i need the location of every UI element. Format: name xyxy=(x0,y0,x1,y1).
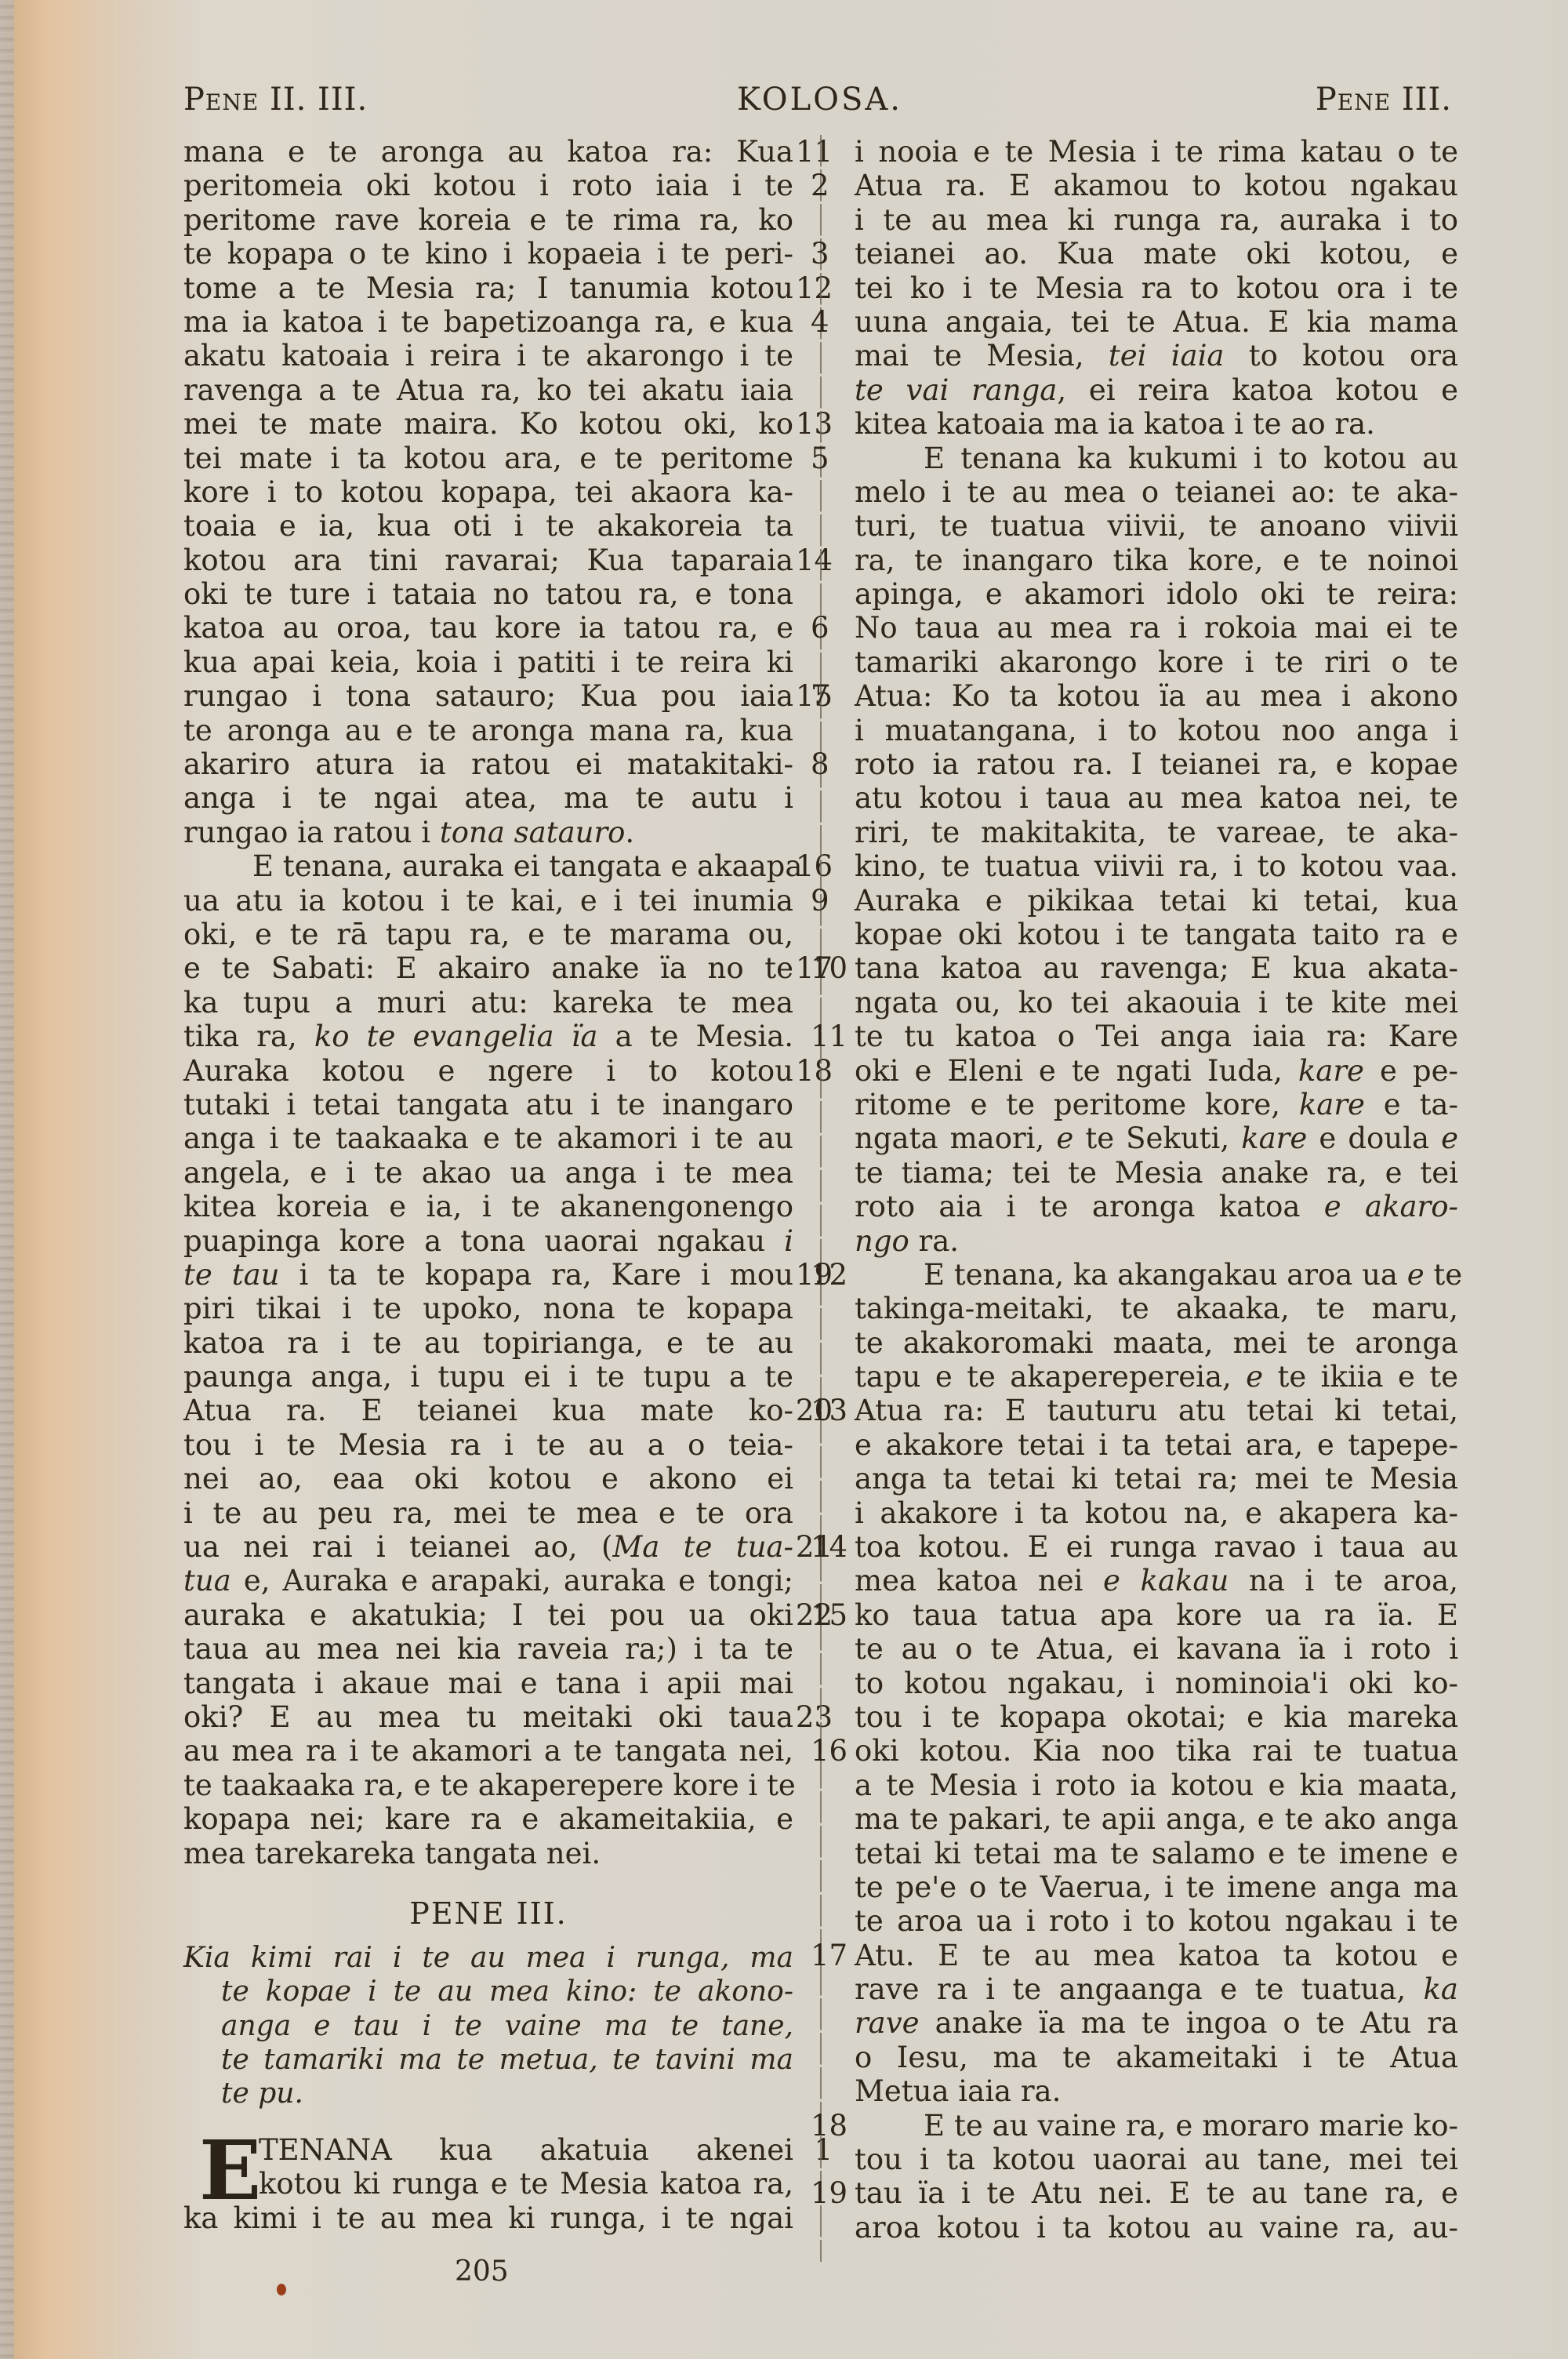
text-line: melo i te au mea o teianei ao: te aka- xyxy=(855,475,1458,509)
left-column-text: mana e te aronga au katoa ra: Kua11perit… xyxy=(183,135,793,1870)
text-line: aroa kotou i ta kotou au vaine ra, au- xyxy=(855,2211,1458,2245)
chapter-heading: PENE III. xyxy=(183,1886,793,1941)
text-line: oki? E au mea tu meitaki oki taua23 xyxy=(183,1700,793,1734)
text-line: kino, te tuatua viivii ra, i to kotou va… xyxy=(855,849,1458,883)
text-line: ma te pakari, te apii anga, e te ako ang… xyxy=(855,1802,1458,1836)
verse-number: 16 xyxy=(796,849,833,883)
text-line: ngata maori, e te Sekuti, kare e doula e xyxy=(855,1121,1458,1155)
text-line: tou i te kopapa okotai; e kia mareka xyxy=(855,1700,1458,1734)
verse-number: 11 xyxy=(796,135,833,169)
text-line: Atua ra. E akamou to kotou ngakau2 xyxy=(855,169,1458,202)
text-line: te aroa ua i roto i to kotou ngakau i te xyxy=(855,1904,1458,1938)
text-line: No taua au mea ra i rokoia mai ei te6 xyxy=(855,611,1458,645)
text-line: e te Sabati: E akairo anake ïa no te17 xyxy=(183,951,793,985)
text-line: akatu katoaia i reira i te akarongo i te xyxy=(183,339,793,373)
previous-page-edge xyxy=(0,0,14,2359)
text-line: Atu. E te au mea katoa ta kotou e17 xyxy=(855,1939,1458,1972)
text-line: ka kimi i te au mea ki runga, i te ngai xyxy=(183,2201,793,2235)
text-line: kitea koreia e ia, i te akanengonengo xyxy=(183,1190,793,1223)
text-line: tetai ki tetai ma te salamo e te imene e xyxy=(855,1837,1458,1870)
text-line: e akakore tetai i ta tetai ara, e tapepe… xyxy=(855,1428,1458,1462)
text-line: ma ia katoa i te bapetizoanga ra, e kua xyxy=(183,305,793,339)
page-number: 205 xyxy=(455,2255,509,2288)
text-line: oki te ture i tataia no tatou ra, e tona xyxy=(183,577,793,611)
text-line: katoa ra i te au topirianga, e te au xyxy=(183,1326,793,1360)
text-line: puapinga kore a tona uaorai ngakau i xyxy=(183,1224,793,1258)
text-line: Atua ra: E tauturu atu tetai ki tetai,13 xyxy=(855,1394,1458,1427)
text-line: Metua iaia ra. xyxy=(855,2074,1458,2108)
text-line: tau ïa i te Atu nei. E te au tane ra, e1… xyxy=(855,2176,1458,2210)
text-line: te vai ranga, ei reira katoa kotou e xyxy=(855,373,1458,407)
text-line: apinga, e akamori idolo oki te reira: xyxy=(855,577,1458,611)
text-line: rave anake ïa ma te ingoa o te Atu ra xyxy=(855,2006,1458,2040)
text-line: anga ta tetai ki tetai ra; mei te Mesia xyxy=(855,1462,1458,1496)
text-line: ko taua tatua apa kore ua ra ïa. E15 xyxy=(855,1598,1458,1632)
text-line: tua e, Auraka e arapaki, auraka e tongi; xyxy=(183,1564,793,1598)
verse-number: 17 xyxy=(811,1939,848,1972)
text-line: E tenana, auraka ei tangata e akaapa16 xyxy=(183,849,793,883)
verse-number: 18 xyxy=(811,2109,848,2143)
right-column-text: i nooia e te Mesia i te rima katau o teA… xyxy=(855,135,1458,2245)
text-line: ua atu ia kotou i te kai, e i tei inumia xyxy=(183,884,793,918)
text-line: atu kotou i taua au mea katoa nei, te xyxy=(855,781,1458,815)
text-line: tika ra, ko te evangelia ïa a te Mesia. xyxy=(183,1020,793,1053)
verse-number: 6 xyxy=(811,611,829,645)
text-line: tou i te Mesia ra i te au a o teia- xyxy=(183,1428,793,1462)
text-line: nei ao, eaa oki kotou e akono ei xyxy=(183,1462,793,1496)
text-line: te pe'e o te Vaerua, i te imene anga ma xyxy=(855,1870,1458,1904)
text-line: te au o te Atua, ei kavana ïa i roto i xyxy=(855,1632,1458,1666)
text-line: kua apai keia, koia i patiti i te reira … xyxy=(183,645,793,679)
text-line: paunga anga, i tupu ei i te tupu a te xyxy=(183,1360,793,1394)
text-line: te kopapa o te kino i kopaeia i te peri- xyxy=(183,237,793,271)
text-line: i akakore i ta kotou na, e akapera ka- xyxy=(855,1496,1458,1530)
summary-line: te kopae i te au mea kino: te akono- xyxy=(183,1975,793,2008)
verse-number: 14 xyxy=(811,1530,848,1564)
text-line: tapu e te akaperepereia, e te ikiia e te xyxy=(855,1360,1458,1394)
text-line: angela, e i te akao ua anga i te mea xyxy=(183,1156,793,1190)
text-line: peritome rave koreia e te rima ra, ko xyxy=(183,203,793,237)
text-line: tamariki akarongo kore i te riri o te xyxy=(855,645,1458,679)
text-line: katoa au oroa, tau kore ia tatou ra, e xyxy=(183,611,793,645)
text-line: takinga-meitaki, te akaaka, te maru, xyxy=(855,1292,1458,1325)
text-line: ngo ra. xyxy=(855,1224,1458,1258)
text-line: te tiama; tei te Mesia anake ra, e tei xyxy=(855,1156,1458,1190)
text-line: mana e te aronga au katoa ra: Kua11 xyxy=(183,135,793,169)
text-line: i muatangana, i to kotou noo anga i xyxy=(855,714,1458,747)
chapter-opening: E TENANA kua akatuia akenei1kotou ki run… xyxy=(183,2133,793,2235)
text-line: mei te mate maira. Ko kotou oki, ko13 xyxy=(183,407,793,441)
text-line: i nooia e te Mesia i te rima katau o te xyxy=(855,135,1458,169)
text-line: riri, te makitakita, te vareae, te aka- xyxy=(855,816,1458,849)
summary-line: te pu. xyxy=(183,2077,793,2110)
text-line: ravenga a te Atua ra, ko tei akatu iaia xyxy=(183,373,793,407)
text-line: TENANA kua akatuia akenei1 xyxy=(183,2133,793,2167)
text-line: piri tikai i te upoko, nona te kopapa xyxy=(183,1292,793,1325)
text-line: tei ko i te Mesia ra to kotou ora i te xyxy=(855,271,1458,305)
right-column: i nooia e te Mesia i te rima katau o teA… xyxy=(855,135,1458,2245)
text-line: te akakoromaki maata, mei te aronga xyxy=(855,1326,1458,1360)
text-line: E tenana ka kukumi i to kotou au5 xyxy=(855,442,1458,475)
text-line: oki kotou. Kia noo tika rai te tuatua16 xyxy=(855,1734,1458,1768)
text-line: turi, te tuatua viivii, te anoano viivii xyxy=(855,509,1458,543)
text-line: toaia e ia, kua oti i te akakoreia ta xyxy=(183,509,793,543)
text-line: oki e Eleni e te ngati Iuda, kare e pe- xyxy=(855,1054,1458,1088)
text-line: tutaki i tetai tangata atu i te inangaro xyxy=(183,1088,793,1121)
verse-number: 13 xyxy=(811,1394,848,1427)
text-line: kotou ara tini ravarai; Kua taparaia14 xyxy=(183,543,793,577)
ink-spot xyxy=(277,2284,286,2295)
text-line: te tu katoa o Tei anga iaia ra: Kare11 xyxy=(855,1020,1458,1053)
verse-number: 15 xyxy=(811,1598,848,1632)
text-line: mai te Mesia, tei iaia to kotou ora xyxy=(855,339,1458,373)
text-line: toa kotou. E ei runga ravao i taua au14 xyxy=(855,1530,1458,1564)
text-line: rave ra i te angaanga e te tuatua, ka xyxy=(855,1972,1458,2006)
verse-number: 12 xyxy=(796,271,833,305)
text-line: tome a te Mesia ra; I tanumia kotou12 xyxy=(183,271,793,305)
text-line: kore i to kotou kopapa, tei akaora ka- xyxy=(183,475,793,509)
text-line: ra, te inangaro tika kore, e te noinoi xyxy=(855,543,1458,577)
text-line: ua nei rai i teianei ao, (Ma te tua-21 xyxy=(183,1530,793,1564)
text-line: roto ia ratou ra. I teianei ra, e kopae8 xyxy=(855,747,1458,781)
text-line: rungao i tona satauro; Kua pou iaia15 xyxy=(183,679,793,713)
text-line: taua au mea nei kia raveia ra;) i ta te xyxy=(183,1632,793,1666)
text-line: mea katoa nei e kakau na i te aroa, xyxy=(855,1564,1458,1598)
text-line: ngata ou, ko tei akaouia i te kite mei xyxy=(855,986,1458,1020)
text-line: au mea ra i te akamori a te tangata nei, xyxy=(183,1734,793,1768)
verse-number: 11 xyxy=(811,1020,848,1053)
book-page: Pene II. III. KOLOSA. Pene III. mana e t… xyxy=(0,0,1568,2359)
text-line: Auraka e pikikaa tetai ki tetai, kua9 xyxy=(855,884,1458,918)
text-line: tei mate i ta kotou ara, e te peritome xyxy=(183,442,793,475)
text-line: rungao ia ratou i tona satauro. xyxy=(183,816,793,849)
text-line: uuna angaia, tei te Atua. E kia mama4 xyxy=(855,305,1458,339)
chapter-summary: Kia kimi rai i te au mea i runga, mate k… xyxy=(183,1941,793,2111)
running-head-left: Pene II. III. xyxy=(183,82,368,118)
text-line: tangata i akaue mai e tana i apii mai xyxy=(183,1667,793,1700)
verse-number: 5 xyxy=(811,442,829,475)
verse-number: 8 xyxy=(811,747,829,781)
text-line: peritomeia oki kotou i roto iaia i te xyxy=(183,169,793,202)
text-line: oki, e te rā tapu ra, e te marama ou, xyxy=(183,918,793,951)
text-line: te tau i ta te kopapa ra, Kare i mou19 xyxy=(183,1258,793,1292)
text-line: tou i ta kotou uaorai au tane, mei tei xyxy=(855,2143,1458,2176)
text-line: kotou ki runga e te Mesia katoa ra, xyxy=(183,2167,793,2201)
summary-line: Kia kimi rai i te au mea i runga, ma xyxy=(183,1941,793,1975)
text-line: kitea katoaia ma ia katoa i te ao ra. xyxy=(855,407,1458,441)
text-line: akariro atura ia ratou ei matakitaki- xyxy=(183,747,793,781)
verse-number: 7 xyxy=(811,679,829,713)
verse-number: 18 xyxy=(796,1054,833,1088)
summary-line: te tamariki ma te metua, te tavini ma xyxy=(183,2043,793,2077)
verse-number: 4 xyxy=(811,305,829,339)
text-line: Atua: Ko ta kotou ïa au mea i akono7 xyxy=(855,679,1458,713)
text-line: teianei ao. Kua mate oki kotou, e3 xyxy=(855,237,1458,271)
verse-number: 9 xyxy=(811,884,829,918)
left-column: mana e te aronga au katoa ra: Kua11perit… xyxy=(183,135,793,2235)
text-line: roto aia i te aronga katoa e akaro- xyxy=(855,1190,1458,1223)
text-line: o Iesu, ma te akameitaki i te Atua xyxy=(855,2041,1458,2074)
text-line: anga i te taakaaka e te akamori i te au xyxy=(183,1121,793,1155)
text-line: kopae oki kotou i te tangata taito ra e xyxy=(855,918,1458,951)
summary-line: anga e tau i te vaine ma te tane, xyxy=(183,2009,793,2043)
text-line: te aronga au e te aronga mana ra, kua xyxy=(183,714,793,747)
verse-number: 23 xyxy=(796,1700,833,1734)
text-line: anga i te ngai atea, ma te autu i xyxy=(183,781,793,815)
text-line: Atua ra. E teianei kua mate ko-20 xyxy=(183,1394,793,1427)
text-line: Auraka kotou e ngere i to kotou18 xyxy=(183,1054,793,1088)
verse-number: 14 xyxy=(796,543,833,577)
running-head-right: Pene III. xyxy=(1316,82,1452,118)
text-line: to kotou ngakau, i nominoia'i oki ko- xyxy=(855,1667,1458,1700)
running-head: Pene II. III. KOLOSA. Pene III. xyxy=(183,82,1452,122)
text-line: i te au peu ra, mei te mea e te ora xyxy=(183,1496,793,1530)
verse-number: 16 xyxy=(811,1734,848,1768)
book-title: KOLOSA. xyxy=(737,82,902,118)
text-line: te taakaaka ra, e te akaperepere kore i … xyxy=(183,1768,793,1802)
text-line: auraka e akatukia; I tei pou ua oki22 xyxy=(183,1598,793,1632)
verse-number: 12 xyxy=(811,1258,848,1292)
text-line: E tenana, ka akangakau aroa ua e te12 xyxy=(855,1258,1458,1292)
text-line: ritome e te peritome kore, kare e ta- xyxy=(855,1088,1458,1121)
verse-number: 13 xyxy=(796,407,833,441)
text-line: a te Mesia i roto ia kotou e kia maata, xyxy=(855,1768,1458,1802)
text-line: ka tupu a muri atu: kareka te mea xyxy=(183,986,793,1020)
text-line: mea tarekareka tangata nei. xyxy=(183,1837,793,1870)
verse-number: 2 xyxy=(811,169,829,202)
verse-number: 19 xyxy=(811,2176,848,2210)
verse-number: 10 xyxy=(811,951,848,985)
text-line: E te au vaine ra, e moraro marie ko-18 xyxy=(855,2109,1458,2143)
verse-number: 3 xyxy=(811,237,829,271)
text-line: kopapa nei; kare ra e akameitakiia, e xyxy=(183,1802,793,1836)
text-line: tana katoa au ravenga; E kua akata-10 xyxy=(855,951,1458,985)
text-line: i te au mea ki runga ra, auraka i to xyxy=(855,203,1458,237)
